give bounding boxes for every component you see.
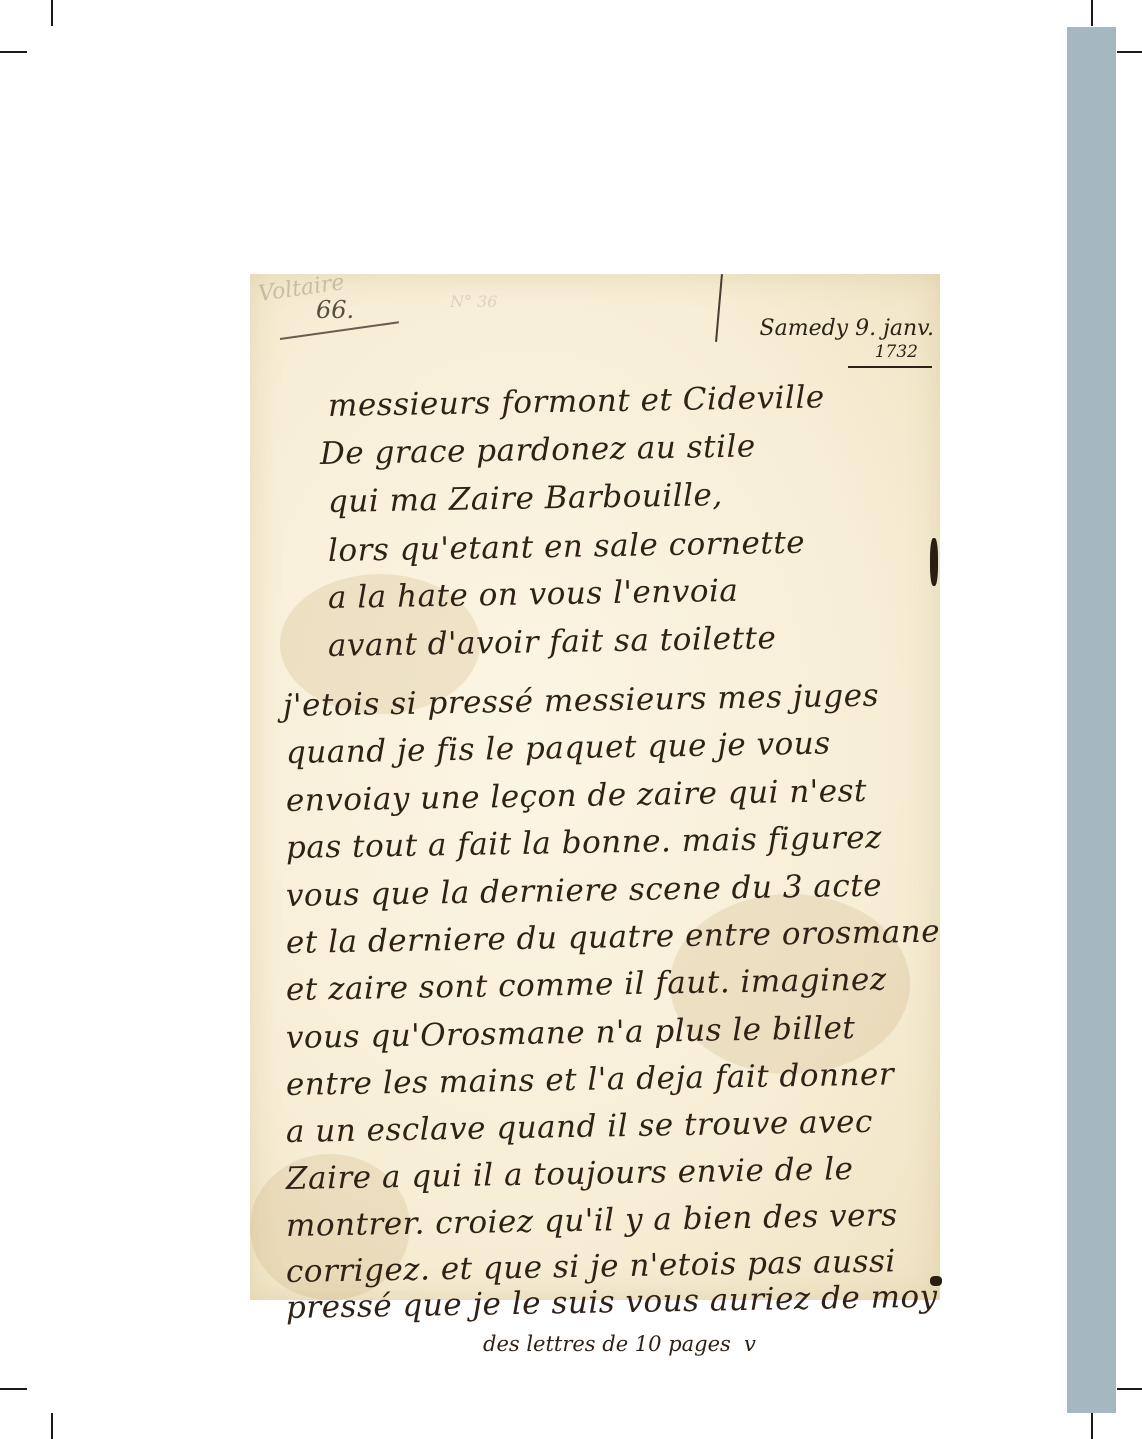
crop-mark-top-left-horizontal <box>0 51 27 53</box>
crop-mark-bottom-right-vertical <box>1091 1413 1093 1439</box>
crop-mark-top-right-horizontal <box>1117 51 1142 53</box>
manuscript-line: Zaire a qui il a toujours envie de le <box>286 1151 854 1197</box>
letter-year: 1732 <box>875 342 918 362</box>
letter-date: Samedy 9. janv. <box>760 316 934 341</box>
manuscript-footer-line: des lettres de 10 pages <box>483 1332 731 1356</box>
manuscript-line: messieurs formont et Cideville <box>328 379 825 424</box>
manuscript-line: quand je fis le paquet que je vous <box>286 725 831 771</box>
crop-mark-bottom-left-horizontal <box>0 1388 27 1390</box>
manuscript-line: a la hate on vous l'envoia <box>328 573 739 616</box>
manuscript-page: Voltaire 66. N° 36 Samedy 9. janv. 1732 … <box>250 274 940 1300</box>
manuscript-line: qui ma Zaire Barbouille, <box>328 477 723 520</box>
crop-mark-bottom-left-vertical <box>51 1413 53 1439</box>
side-bleed-bar <box>1067 27 1116 1413</box>
crop-mark-bottom-right-horizontal <box>1117 1388 1142 1390</box>
manuscript-line: lors qu'etant en sale cornette <box>328 525 806 569</box>
margin-line <box>715 274 722 342</box>
faded-stamp: N° 36 <box>450 292 497 311</box>
year-underline <box>848 366 932 368</box>
manuscript-line: entre les mains et l'a deja fait donner <box>286 1056 895 1103</box>
manuscript-line: avant d'avoir fait sa toilette <box>328 620 777 664</box>
catchword: v <box>744 1332 756 1356</box>
crop-mark-top-left-vertical <box>51 0 53 26</box>
folio-number: 66. <box>316 296 354 324</box>
manuscript-line: pas tout a fait la bonne. mais figurez <box>286 820 883 866</box>
ink-blot <box>930 1276 942 1286</box>
manuscript-line: a un esclave quand il se trouve avec <box>286 1104 873 1150</box>
crop-mark-top-right-vertical <box>1091 0 1093 26</box>
manuscript-line: envoiay une leçon de zaire qui n'est <box>286 773 868 819</box>
manuscript-line: De grace pardonez au stile <box>320 428 756 472</box>
folio-underline <box>280 321 399 339</box>
ink-blot <box>930 538 938 586</box>
